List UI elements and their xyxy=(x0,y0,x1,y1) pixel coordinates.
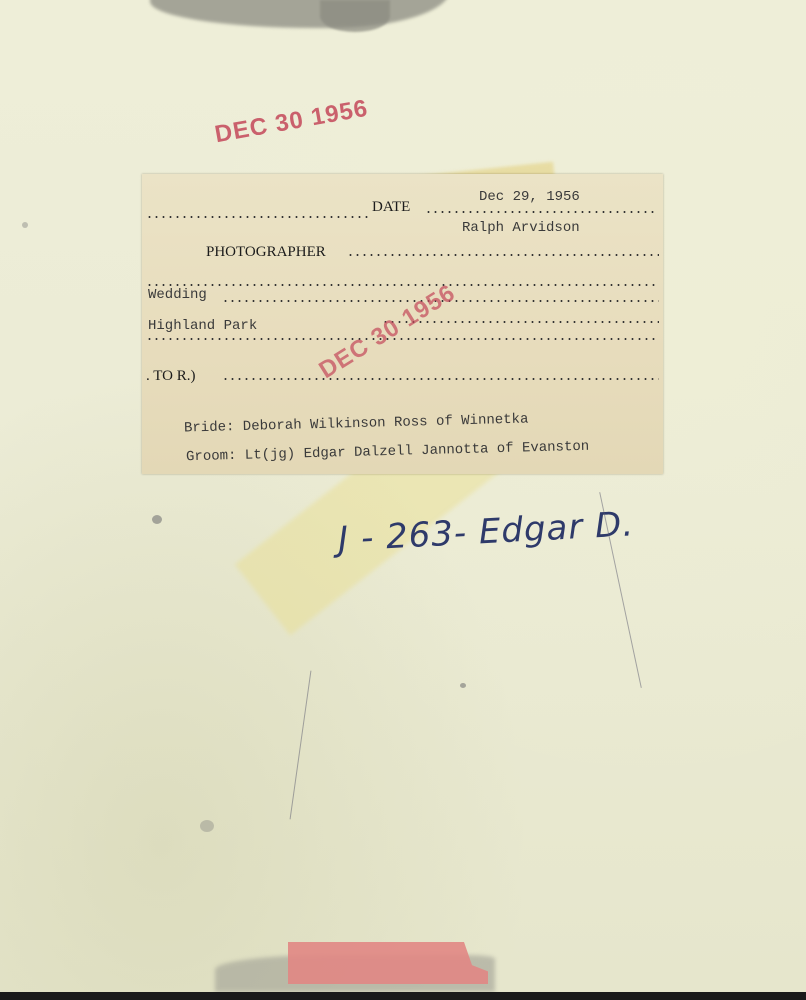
groom-line: Groom: Lt(jg) Edgar Dalzell Jannotta of … xyxy=(186,439,590,466)
bride-line: Bride: Deborah Wilkinson Ross of Winnetk… xyxy=(184,411,529,436)
date-value: Dec 29, 1956 xyxy=(479,189,580,205)
dotted-rule xyxy=(222,378,659,380)
location-line: Highland Park xyxy=(148,318,257,334)
photo-back-sheet: DEC 30 1956 DATE Dec 29, 1956 Ralph Arvi… xyxy=(0,0,806,992)
dotted-rule xyxy=(146,284,659,286)
dotted-rule xyxy=(347,254,659,256)
pencil-mark xyxy=(290,671,312,820)
left-to-right-label: . TO R.) xyxy=(146,368,195,385)
top-stain-drip xyxy=(320,0,390,32)
stain-speck xyxy=(460,683,466,688)
photographer-label: PHOTOGRAPHER xyxy=(206,244,326,261)
stain-speck xyxy=(22,222,28,228)
received-date-stamp: DEC 30 1956 xyxy=(213,95,371,150)
dotted-rule xyxy=(425,211,657,213)
top-stain xyxy=(150,0,450,28)
pink-label-remnant xyxy=(288,942,488,984)
photographer-value: Ralph Arvidson xyxy=(462,220,580,236)
date-label: DATE xyxy=(372,199,410,216)
subject-line: Wedding xyxy=(148,287,207,303)
stain-speck xyxy=(152,515,162,524)
dotted-rule xyxy=(146,216,370,218)
stain-speck xyxy=(200,820,214,832)
